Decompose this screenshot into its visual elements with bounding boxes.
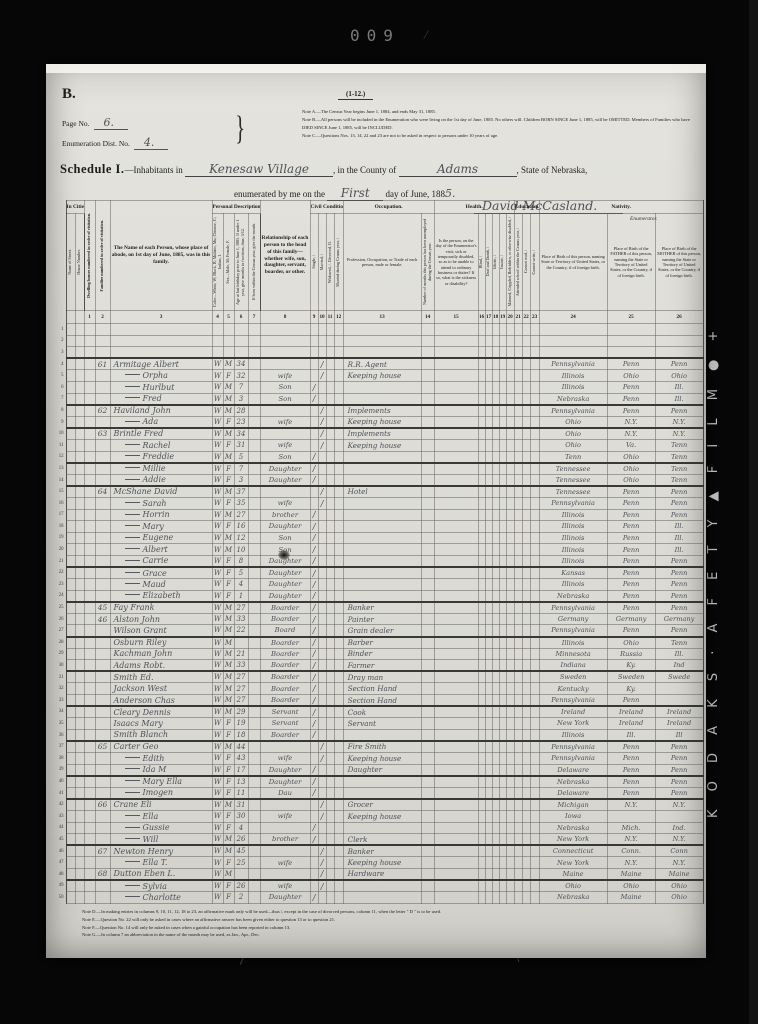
married-mark-r26: [318, 613, 326, 625]
attended-school-r2: [514, 335, 522, 347]
dwelling-number-r45: [84, 834, 95, 846]
street-r19: [66, 532, 75, 544]
idiotic-r39: [492, 764, 499, 776]
sickness-r44: [434, 822, 478, 834]
person-name-r22: Grace: [110, 567, 212, 579]
deaf-dumb-r32: [485, 683, 492, 695]
row-number-r5: 5: [53, 370, 66, 382]
relationship-r41: Dau: [260, 787, 310, 799]
widowed-mark-r5: [326, 370, 334, 382]
sex-r42: M: [223, 799, 234, 811]
row-number-r30: 30: [53, 660, 66, 672]
widowed-mark-r30: [326, 660, 334, 672]
father-birthplace-r23: Penn: [607, 579, 655, 591]
house-number-r45: [75, 834, 84, 846]
relationship-r42: [260, 799, 310, 811]
month-born-r29: [248, 648, 260, 660]
married-year-mark-r37: [334, 741, 343, 753]
family-number-r30: [95, 660, 110, 672]
table-row: 2: [53, 335, 703, 347]
census-page: B. Page No.6. Enumeration Dist. No.4. } …: [46, 64, 706, 958]
father-birthplace-r28: Ohio: [607, 637, 655, 649]
ditto-dash: [125, 768, 140, 769]
street-r7: [66, 393, 75, 405]
col-number-19: 19: [499, 311, 506, 324]
family-number-r39: [95, 764, 110, 776]
age-r32: 27: [234, 683, 248, 695]
occupation-r32: Section Hand: [343, 683, 421, 695]
sex-r10: M: [223, 428, 234, 440]
col-header-sex: Sex—Male, M; Female, F.: [223, 214, 234, 311]
cannot-read-r16: [522, 497, 530, 509]
page-number-line: Page No.6.: [62, 116, 128, 129]
sex-r25: M: [223, 602, 234, 614]
blind-r17: [478, 509, 485, 521]
relationship-r14: Daughter: [260, 474, 310, 486]
person-name-r50: Charlotte: [110, 892, 212, 904]
person-name-r43: Ella: [110, 810, 212, 822]
single-mark-r33: /: [310, 695, 318, 707]
father-birthplace-r3: [607, 347, 655, 359]
sickness-r20: [434, 544, 478, 556]
month-born-r49: [248, 880, 260, 892]
months-unemployed-r5: [421, 370, 434, 382]
house-number-r36: [75, 729, 84, 741]
house-number-r31: [75, 671, 84, 683]
occupation-r48: Hardware: [343, 868, 421, 880]
row-number-r48: 48: [53, 868, 66, 880]
widowed-mark-r39: [326, 764, 334, 776]
cannot-read-r25: [522, 602, 530, 614]
blind-r42: [478, 799, 485, 811]
dwelling-number-r1: [84, 324, 95, 336]
married-year-mark-r7: [334, 393, 343, 405]
widowed-mark-r50: [326, 892, 334, 904]
single-mark-r10: [310, 428, 318, 440]
married-mark-r40: [318, 776, 326, 788]
married-year-mark-r2: [334, 335, 343, 347]
col-number-9: 9: [310, 311, 318, 324]
maimed-r6: [506, 381, 514, 393]
color-r35: W: [212, 718, 223, 730]
color-r24: W: [212, 590, 223, 602]
married-mark-r8: /: [318, 405, 326, 417]
col-number-23: 23: [530, 311, 539, 324]
mother-birthplace-r44: Ind.: [655, 822, 703, 834]
sickness-r37: [434, 741, 478, 753]
cannot-read-r5: [522, 370, 530, 382]
occupation-r3: [343, 347, 421, 359]
sickness-r9: [434, 416, 478, 428]
idiotic-r16: [492, 497, 499, 509]
color-r21: W: [212, 555, 223, 567]
attended-school-r33: [514, 695, 522, 707]
age-r21: 8: [234, 555, 248, 567]
occupation-r10: Implements: [343, 428, 421, 440]
idiotic-r5: [492, 370, 499, 382]
row-number-r9: 9: [53, 416, 66, 428]
occupation-r16: [343, 497, 421, 509]
sickness-r46: [434, 845, 478, 857]
row-number-r36: 36: [53, 729, 66, 741]
married-year-mark-r36: [334, 729, 343, 741]
dwelling-number-r2: [84, 335, 95, 347]
cannot-read-r9: [522, 416, 530, 428]
color-r38: W: [212, 752, 223, 764]
color-r43: W: [212, 810, 223, 822]
widowed-mark-r33: [326, 695, 334, 707]
age-r4: 34: [234, 358, 248, 370]
row-number-r13: 13: [53, 463, 66, 475]
age-r27: 22: [234, 625, 248, 637]
single-mark-r45: /: [310, 834, 318, 846]
months-unemployed-r32: [421, 683, 434, 695]
note-f: Note F.—Question No. 14 will only be ask…: [82, 924, 682, 932]
col-number-blank: [75, 311, 84, 324]
sex-r40: F: [223, 776, 234, 788]
attended-school-label: Attended school within the Census year, …: [516, 228, 521, 296]
family-number-r50: [95, 892, 110, 904]
single-mark-r8: [310, 405, 318, 417]
widowed-mark-r28: [326, 637, 334, 649]
street-r18: [66, 521, 75, 533]
person-name-r26: Alston John: [110, 613, 212, 625]
married-mark-r18: [318, 521, 326, 533]
family-number-r49: [95, 880, 110, 892]
birthplace-r29: Minnesota: [539, 648, 607, 660]
cannot-read-label: Cannot read, /: [524, 250, 529, 273]
house-number-r35: [75, 718, 84, 730]
maimed-r2: [506, 335, 514, 347]
deaf-dumb-r15: [485, 486, 492, 498]
mother-birthplace-r1: [655, 324, 703, 336]
blind-r50: [478, 892, 485, 904]
person-name-r6: Hurlbut: [110, 381, 212, 393]
relationship-r25: Boarder: [260, 602, 310, 614]
married-mark-r13: [318, 463, 326, 475]
cannot-write-r2: [530, 335, 539, 347]
insane-r50: [499, 892, 506, 904]
person-name-r42: Crane Eli: [110, 799, 212, 811]
sickness-r14: [434, 474, 478, 486]
insane-r7: [499, 393, 506, 405]
cannot-write-r33: [530, 695, 539, 707]
months-unemployed-r22: [421, 567, 434, 579]
month-born-r44: [248, 822, 260, 834]
place-handwritten: Kenesaw Village: [185, 162, 333, 177]
ditto-dash: [125, 827, 140, 828]
relationship-r15: [260, 486, 310, 498]
cannot-read-r23: [522, 579, 530, 591]
married-year-mark-r27: [334, 625, 343, 637]
father-birthplace-r49: Ohio: [607, 880, 655, 892]
ditto-dash: [125, 594, 140, 595]
idiotic-r45: [492, 834, 499, 846]
single-mark-r50: /: [310, 892, 318, 904]
attended-school-r28: [514, 637, 522, 649]
sex-r20: M: [223, 544, 234, 556]
deaf-dumb-r41: [485, 787, 492, 799]
married-mark-r7: [318, 393, 326, 405]
person-name-r14: Addie: [110, 474, 212, 486]
attended-school-r36: [514, 729, 522, 741]
cannot-write-r22: [530, 567, 539, 579]
age-r34: 29: [234, 706, 248, 718]
sex-r7: M: [223, 393, 234, 405]
dwelling-number-r41: [84, 787, 95, 799]
month-born-r41: [248, 787, 260, 799]
sickness-r34: [434, 706, 478, 718]
ditto-dash: [125, 444, 140, 445]
attended-school-r31: [514, 671, 522, 683]
row-number-r2: 2: [53, 335, 66, 347]
birthplace-r40: Nebraska: [539, 776, 607, 788]
month-born-r30: [248, 660, 260, 672]
months-unemployed-r16: [421, 497, 434, 509]
maimed-r48: [506, 868, 514, 880]
sex-r49: F: [223, 880, 234, 892]
months-unemployed-r11: [421, 439, 434, 451]
mother-birthplace-r3: [655, 347, 703, 359]
row-number-r3: 3: [53, 347, 66, 359]
insane-r40: [499, 776, 506, 788]
house-number-r9: [75, 416, 84, 428]
maimed-r12: [506, 451, 514, 463]
married-mark-r46: /: [318, 845, 326, 857]
house-number-r15: [75, 486, 84, 498]
maimed-r47: [506, 857, 514, 869]
table-row: 28Osburn RileyWMBoarder/BarberIllinoisOh…: [53, 637, 703, 649]
single-mark-r6: /: [310, 381, 318, 393]
dwelling-number-r24: [84, 590, 95, 602]
cannot-write-r40: [530, 776, 539, 788]
insane-r17: [499, 509, 506, 521]
birthplace-r34: Ireland: [539, 706, 607, 718]
sex-r2: [223, 335, 234, 347]
relationship-r40: Daughter: [260, 776, 310, 788]
deaf-dumb-r3: [485, 347, 492, 359]
attended-school-r25: [514, 602, 522, 614]
cannot-write-r41: [530, 787, 539, 799]
married-year-mark-r38: [334, 752, 343, 764]
family-number-r32: [95, 683, 110, 695]
father-birthplace-r42: N.Y.: [607, 799, 655, 811]
maimed-r9: [506, 416, 514, 428]
widowed-mark-r1: [326, 324, 334, 336]
house-number-r48: [75, 868, 84, 880]
mother-birthplace-r21: Penn: [655, 555, 703, 567]
dwelling-number-r19: [84, 532, 95, 544]
month-born-r33: [248, 695, 260, 707]
deaf-dumb-r22: [485, 567, 492, 579]
birthplace-r19: Illinois: [539, 532, 607, 544]
married-mark-r47: /: [318, 857, 326, 869]
age-r9: 23: [234, 416, 248, 428]
color-r50: W: [212, 892, 223, 904]
month-born-r48: [248, 868, 260, 880]
widowed-mark-r32: [326, 683, 334, 695]
mother-birthplace-r17: Penn: [655, 509, 703, 521]
blind-r35: [478, 718, 485, 730]
color-r45: W: [212, 834, 223, 846]
sickness-r11: [434, 439, 478, 451]
mother-birthplace-r46: Conn: [655, 845, 703, 857]
color-r40: W: [212, 776, 223, 788]
relationship-r24: Daughter: [260, 590, 310, 602]
deaf-dumb-r19: [485, 532, 492, 544]
cannot-write-r10: [530, 428, 539, 440]
months-unemployed-r50: [421, 892, 434, 904]
maimed-r1: [506, 324, 514, 336]
married-mark-r4: /: [318, 358, 326, 370]
married-year-mark-r14: [334, 474, 343, 486]
row-number-r16: 16: [53, 497, 66, 509]
cannot-read-r1: [522, 324, 530, 336]
married-year-mark-r1: [334, 324, 343, 336]
house-number-r4: [75, 358, 84, 370]
cannot-write-r25: [530, 602, 539, 614]
single-mark-r42: [310, 799, 318, 811]
father-birthplace-r27: Penn: [607, 625, 655, 637]
married-year-mark-r16: [334, 497, 343, 509]
cannot-read-r40: [522, 776, 530, 788]
sickness-r33: [434, 695, 478, 707]
table-row: 36Smith BlanchWF18Boarder/IllinoisIll.Il…: [53, 729, 703, 741]
widowed-mark-r3: [326, 347, 334, 359]
maimed-r44: [506, 822, 514, 834]
age-r47: 25: [234, 857, 248, 869]
insane-r34: [499, 706, 506, 718]
table-row: 32Jackson WestWM27Boarder/Section HandKe…: [53, 683, 703, 695]
note-c: Note C.—Questions Nos. 13, 14, 22 and 23…: [302, 132, 694, 140]
dwelling-number-r8: [84, 405, 95, 417]
widowed-mark-r10: [326, 428, 334, 440]
person-name-r12: Freddie: [110, 451, 212, 463]
street-r36: [66, 729, 75, 741]
blind-r5: [478, 370, 485, 382]
color-r11: W: [212, 439, 223, 451]
married-year-mark-r48: [334, 868, 343, 880]
married-year-mark-r47: [334, 857, 343, 869]
street-r37: [66, 741, 75, 753]
sex-r32: M: [223, 683, 234, 695]
birthplace-r1: [539, 324, 607, 336]
months-unemployed-r33: [421, 695, 434, 707]
mother-birthplace-r13: Tenn: [655, 463, 703, 475]
table-row: 17HorrinWM27brother/IllinoisPennPenn: [53, 509, 703, 521]
single-mark-r44: /: [310, 822, 318, 834]
dwelling-number-r11: [84, 439, 95, 451]
street-r11: [66, 439, 75, 451]
street-r15: [66, 486, 75, 498]
table-row: 3765Carter GeoWM44/Fire SmithPennsylvani…: [53, 741, 703, 753]
house-number-r10: [75, 428, 84, 440]
idiotic-r47: [492, 857, 499, 869]
cannot-write-r19: [530, 532, 539, 544]
family-number-r25: 45: [95, 602, 110, 614]
single-mark-r30: /: [310, 660, 318, 672]
street-r38: [66, 752, 75, 764]
cannot-read-r10: [522, 428, 530, 440]
months-unemployed-r2: [421, 335, 434, 347]
birthplace-r43: Iowa: [539, 810, 607, 822]
married-mark-r17: [318, 509, 326, 521]
cannot-read-r42: [522, 799, 530, 811]
family-number-r17: [95, 509, 110, 521]
row-number-r37: 37: [53, 741, 66, 753]
insane-r44: [499, 822, 506, 834]
county-handwritten: Adams: [399, 162, 517, 177]
blind-r28: [478, 637, 485, 649]
family-number-r2: [95, 335, 110, 347]
form-corner-letter: B.: [62, 86, 76, 103]
person-name-r2: [110, 335, 212, 347]
deaf-dumb-r29: [485, 648, 492, 660]
months-unemployed-r49: [421, 880, 434, 892]
year-digit-handwritten: 5.: [445, 187, 456, 200]
mother-birthplace-r49: Ohio: [655, 880, 703, 892]
month-born-r10: [248, 428, 260, 440]
father-birthplace-r44: Mich.: [607, 822, 655, 834]
blind-r15: [478, 486, 485, 498]
age-r38: 43: [234, 752, 248, 764]
blind-r8: [478, 405, 485, 417]
family-number-r44: [95, 822, 110, 834]
sickness-r38: [434, 752, 478, 764]
street-r34: [66, 706, 75, 718]
maimed-r16: [506, 497, 514, 509]
family-number-r8: 62: [95, 405, 110, 417]
idiotic-r34: [492, 706, 499, 718]
table-row: 50CharlotteWF2Daughter/NebraskaMaineOhio: [53, 892, 703, 904]
insane-r1: [499, 324, 506, 336]
maimed-r30: [506, 660, 514, 672]
blind-r11: [478, 439, 485, 451]
occupation-r45: Clerk: [343, 834, 421, 846]
months-unemployed-r47: [421, 857, 434, 869]
col-header-months-unemployed: Number of months this person has been un…: [421, 214, 434, 311]
sickness-r22: [434, 567, 478, 579]
idiotic-r28: [492, 637, 499, 649]
street-r20: [66, 544, 75, 556]
deaf-dumb-r17: [485, 509, 492, 521]
occupation-r19: [343, 532, 421, 544]
month-born-r13: [248, 463, 260, 475]
maimed-r4: [506, 358, 514, 370]
person-name-r15: McShane David: [110, 486, 212, 498]
sex-r48: M: [223, 868, 234, 880]
deaf-dumb-r46: [485, 845, 492, 857]
relationship-r49: wife: [260, 880, 310, 892]
single-mark-r11: [310, 439, 318, 451]
insane-r15: [499, 486, 506, 498]
months-unemployed-r40: [421, 776, 434, 788]
father-birthplace-r19: Penn: [607, 532, 655, 544]
months-unemployed-r44: [421, 822, 434, 834]
married-year-mark-r33: [334, 695, 343, 707]
enumerated-suffix: day of June, 188: [385, 189, 445, 199]
single-mark-r5: [310, 370, 318, 382]
dwelling-label: Dwelling houses numbered in order of vis…: [87, 213, 92, 298]
color-r17: W: [212, 509, 223, 521]
deaf-dumb-r14: [485, 474, 492, 486]
family-number-r29: [95, 648, 110, 660]
sickness-r43: [434, 810, 478, 822]
person-name-r13: Millie: [110, 463, 212, 475]
row-number-r46: 46: [53, 845, 66, 857]
deaf-dumb-r33: [485, 695, 492, 707]
relationship-r11: wife: [260, 439, 310, 451]
